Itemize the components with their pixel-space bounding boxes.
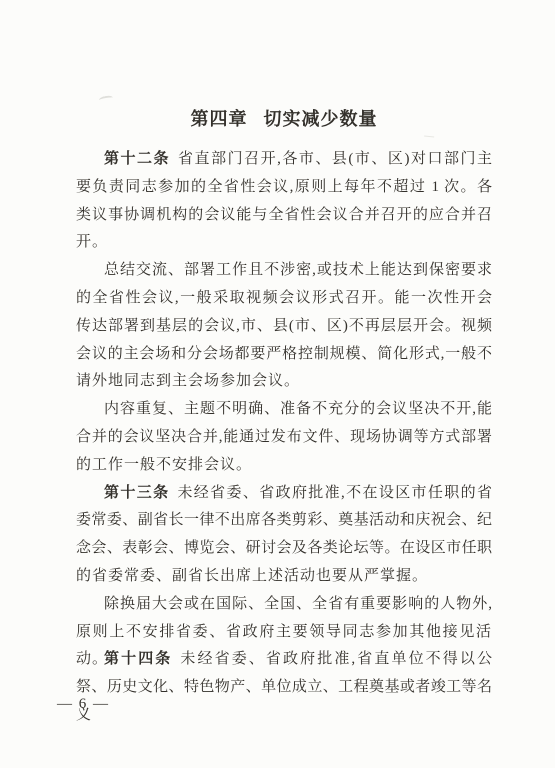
text-line: 第十三条未经省委、省政府批准,不在设区市任职的省 (76, 480, 492, 508)
scan-artifact (99, 95, 114, 103)
article-number: 第十三条 (104, 485, 169, 501)
text-line: 的省委常委、副省长出席上述活动也要从严掌握。 (76, 563, 492, 591)
chapter-number: 第四章 (191, 109, 248, 129)
text-line: 开。 (76, 229, 492, 257)
text-line: 原则上不安排省委、省政府主要领导同志参加其他接见活动。 (76, 619, 492, 647)
document-body: 第十二条省直部门召开,各市、县(市、区)对口部门主要负责同志参加的全省性会议,原… (76, 146, 492, 702)
text-line: 总结交流、部署工作且不涉密,或技术上能达到保密要求 (76, 257, 492, 285)
text-line: 的工作一般不安排会议。 (76, 452, 492, 480)
chapter-title: 切实减少数量 (264, 109, 378, 129)
page-number: — 6 — (57, 696, 110, 713)
text-line: 除换届大会或在国际、全国、全省有重要影响的人物外, (76, 591, 492, 619)
text-line: 第十四条未经省委、省政府批准,省直单位不得以公 (76, 646, 492, 674)
text-line: 委常委、副省长一律不出席各类剪彩、奠基活动和庆祝会、纪 (76, 507, 492, 535)
text-line: 传达部署到基层的会议,市、县(市、区)不再层层开会。视频 (76, 313, 492, 341)
scan-artifact (424, 135, 434, 140)
text-line: 内容重复、主题不明确、准备不充分的会议坚决不开,能 (76, 396, 492, 424)
text-line: 念会、表彰会、博览会、研讨会及各类论坛等。在设区市任职 (76, 535, 492, 563)
text-line: 合并的会议坚决合并,能通过发布文件、现场协调等方式部署 (76, 424, 492, 452)
text-line: 类议事协调机构的会议能与全省性会议合并召开的应合并召 (76, 202, 492, 230)
document-page: 第四章切实减少数量 第十二条省直部门召开,各市、县(市、区)对口部门主要负责同志… (0, 0, 555, 768)
text-line: 第十二条省直部门召开,各市、县(市、区)对口部门主 (76, 146, 492, 174)
text-line: 祭、历史文化、特色物产、单位成立、工程奠基或者竣工等名义 (76, 674, 492, 702)
article-number: 第十四条 (104, 651, 172, 667)
text-line: 会议的主会场和分会场都要严格控制规模、简化形式,一般不 (76, 341, 492, 369)
text-line: 要负责同志参加的全省性会议,原则上每年不超过 1 次。各 (76, 174, 492, 202)
article-number: 第十二条 (104, 151, 170, 167)
chapter-heading: 第四章切实减少数量 (76, 106, 492, 132)
text-line: 的全省性会议,一般采取视频会议形式召开。能一次性开会 (76, 285, 492, 313)
text-line: 请外地同志到主会场参加会议。 (76, 368, 492, 396)
